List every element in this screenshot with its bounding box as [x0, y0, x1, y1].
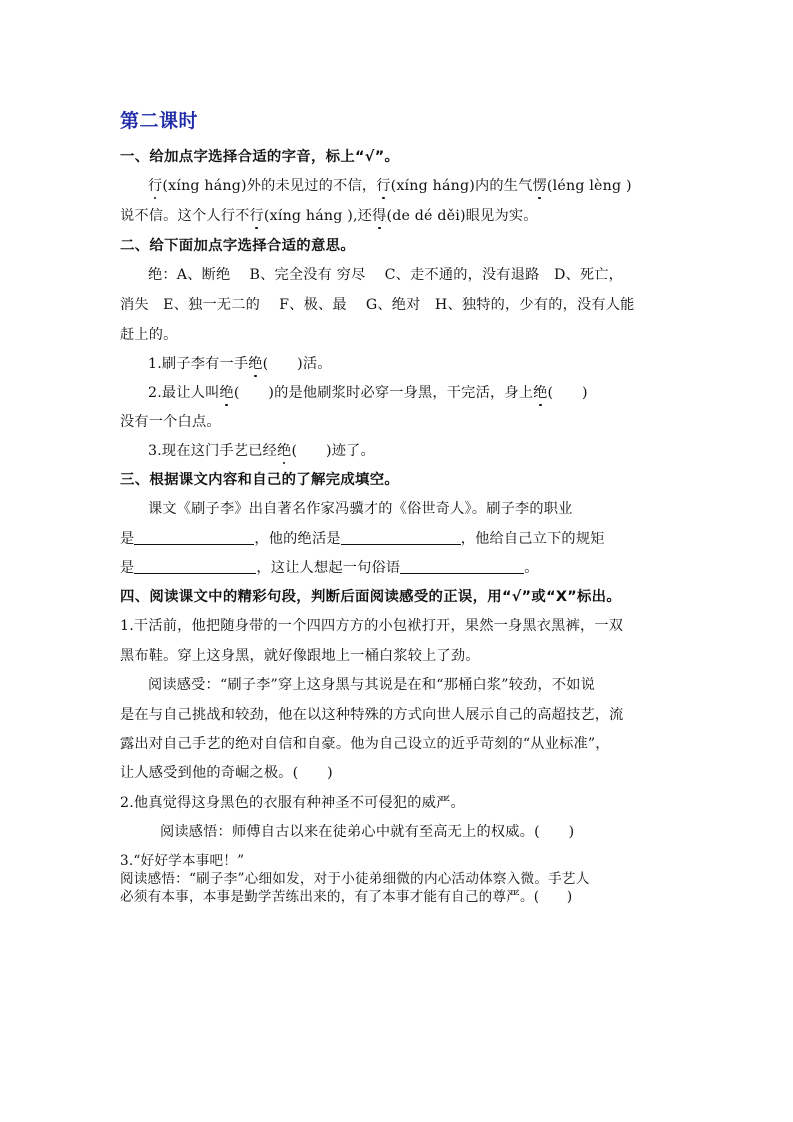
- question-2-1: 1.刷子李有一手绝( )活。: [148, 355, 332, 373]
- text: ，他的绝活是: [254, 531, 340, 547]
- feeling-1-line2: 是在与自己挑战和较劲，他在以这种特殊的方式向世人展示自己的高超技艺，流: [120, 706, 624, 724]
- dotted-char: 绝: [533, 384, 547, 402]
- excerpt-2: 2.他真觉得这身黑色的衣服有种神圣不可侵犯的威严。: [120, 794, 465, 812]
- text: 。: [524, 560, 538, 576]
- pinyin-choice[interactable]: (xíng háng)外的未见过的不信，: [162, 178, 376, 194]
- answer-paren[interactable]: ( ): [263, 355, 303, 373]
- text: ，他给自己立下的规矩: [461, 531, 605, 547]
- dotted-char: 行: [250, 207, 264, 225]
- meaning-options-line2: 消失 E、独一无二的 F、极、最 G、绝对 H、独特的，少有的，没有人能: [120, 296, 635, 314]
- question-2-2: 2.最让人叫绝( )的是他刷浆时必穿一身黑，干完活，身上绝( ): [148, 384, 588, 402]
- question-2-2-cont: 没有一个白点。: [120, 413, 221, 431]
- text: 的是他刷浆时必穿一身黑，干完活，身上: [274, 385, 533, 401]
- answer-paren[interactable]: ( ): [234, 384, 274, 402]
- dotted-char: 得: [372, 207, 386, 225]
- section3-heading: 三、根据课文内容和自己的了解完成填空。: [120, 471, 399, 489]
- worksheet-page: 第二课时 一、给加点字选择合适的字音，标上“√”。 行(xíng háng)外的…: [0, 0, 793, 1122]
- feeling-1-line3: 露出对自己手艺的绝对自信和自豪。他为自己设立的近乎苛刻的“从业标准”，: [120, 735, 610, 753]
- text: 2.最让人叫: [148, 385, 220, 401]
- text: 迹了。: [332, 443, 375, 459]
- text: 3.现在这门手艺已经: [148, 443, 277, 459]
- section1-line2: 说不信。这个人行不行(xíng háng ),还得(de dé děi)眼见为实…: [120, 207, 538, 225]
- section3-line2: 是，他的绝活是，他给自己立下的规矩: [120, 530, 605, 548]
- text: 说不信。这个人行不: [120, 208, 250, 224]
- page-title: 第二课时: [120, 106, 198, 133]
- pinyin-choice[interactable]: (xíng háng)内的生气: [391, 178, 533, 194]
- answer-paren[interactable]: ( ): [291, 442, 331, 460]
- fill-blank-skill[interactable]: [341, 530, 461, 545]
- fill-blank-rule[interactable]: [134, 559, 256, 574]
- fill-blank-occupation[interactable]: [134, 530, 254, 545]
- dotted-char: 行: [376, 177, 390, 195]
- excerpt-1-line2: 黑布鞋。穿上这身黑，就好像跟地上一桶白浆较上了劲。: [120, 647, 480, 665]
- dotted-char: 行: [148, 177, 162, 195]
- pinyin-choice[interactable]: (de dé děi)眼见为实。: [386, 208, 537, 224]
- section4-heading: 四、阅读课文中的精彩句段，判断后面阅读感受的正误，用“√”或“X”标出。: [120, 588, 621, 606]
- feeling-3-line2[interactable]: 必须有本事，本事是勤学苦练出来的，有了本事才能有自己的尊严。( ): [120, 889, 572, 905]
- dotted-char: 绝: [220, 384, 234, 402]
- text: 是: [120, 560, 134, 576]
- meaning-options-line1: 绝：A、断绝 B、完全没有 穷尽 C、走不通的，没有退路 D、死亡，: [148, 266, 623, 284]
- dotted-char: 绝: [248, 355, 262, 373]
- section1-heading: 一、给加点字选择合适的字音，标上“√”。: [120, 148, 399, 166]
- fill-blank-proverb[interactable]: [400, 559, 524, 574]
- section2-heading: 二、给下面加点字选择合适的意思。: [120, 237, 355, 255]
- excerpt-3: 3.“好好学本事吧！”: [120, 853, 244, 869]
- feeling-3-line1: 阅读感悟：“刷子李”心细如发，对于小徒弟细微的内心活动体察入微。手艺人: [120, 871, 590, 887]
- pinyin-choice[interactable]: (xíng háng ),还: [264, 208, 372, 224]
- section1-line1: 行(xíng háng)外的未见过的不信，行(xíng háng)内的生气愣(l…: [148, 177, 632, 195]
- dotted-char: 绝: [277, 442, 291, 460]
- text: 是: [120, 531, 134, 547]
- section3-line1: 课文《刷子李》出自著名作家冯骥才的《俗世奇人》。刷子李的职业: [148, 500, 573, 518]
- text: 1.刷子李有一手: [148, 356, 248, 372]
- text: ，这让人想起一句俗语: [256, 560, 400, 576]
- meaning-options-line3: 赶上的。: [120, 326, 178, 344]
- text: 活。: [303, 356, 332, 372]
- pinyin-choice[interactable]: (léng lèng ): [547, 178, 632, 194]
- feeling-1-line4[interactable]: 让人感受到他的奇崛之极。( ): [120, 764, 333, 782]
- answer-paren[interactable]: ( ): [548, 384, 588, 402]
- feeling-1-line1: 阅读感受：“刷子李”穿上这身黑与其说是在和“那桶白浆”较劲，不如说: [148, 676, 595, 694]
- question-2-3: 3.现在这门手艺已经绝( )迹了。: [148, 442, 375, 460]
- feeling-2[interactable]: 阅读感悟：师傅自古以来在徒弟心中就有至高无上的权威。( ): [160, 823, 574, 841]
- dotted-char: 愣: [533, 177, 547, 195]
- excerpt-1-line1: 1.干活前，他把随身带的一个四四方方的小包袱打开，果然一身黑衣黑裤，一双: [120, 617, 623, 635]
- section3-line3: 是，这让人想起一句俗语。: [120, 559, 539, 577]
